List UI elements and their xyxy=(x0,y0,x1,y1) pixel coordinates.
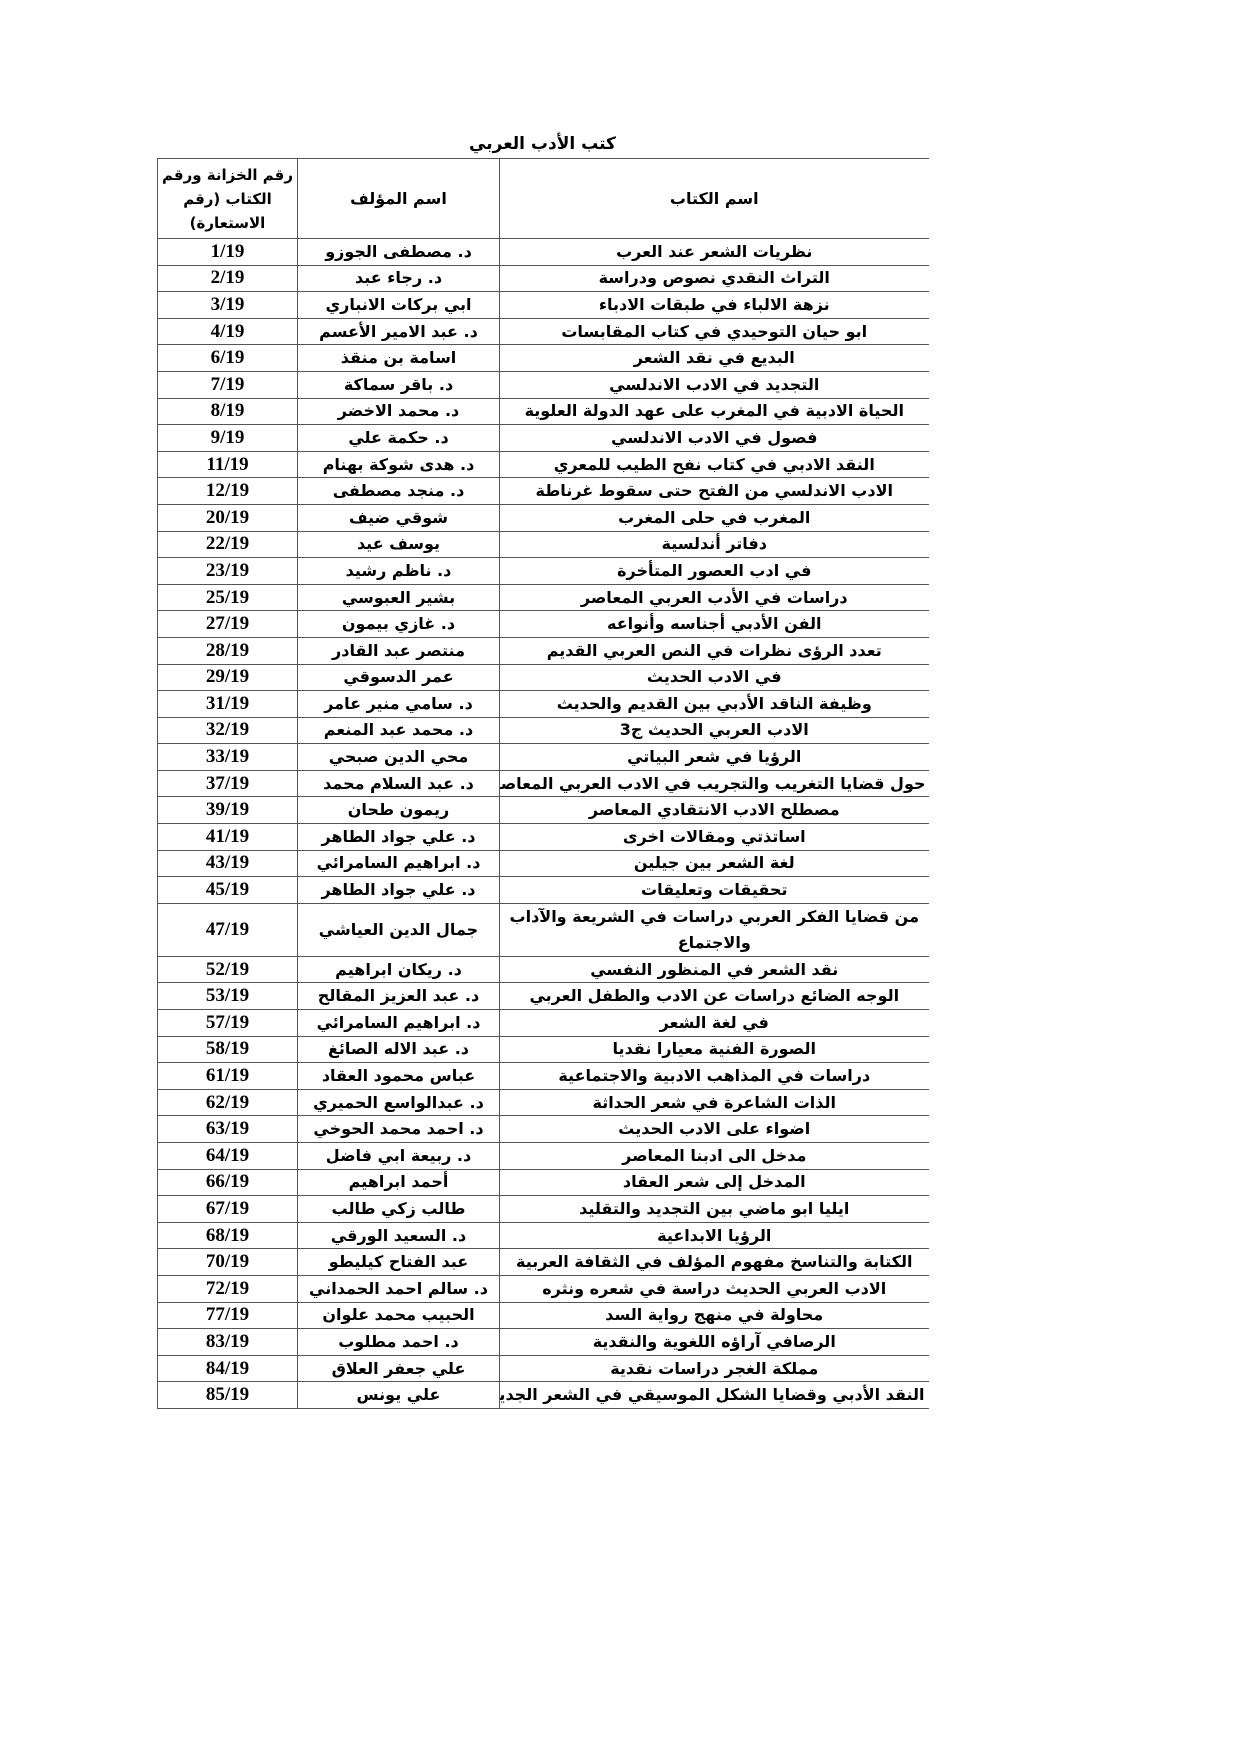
cell-title: اساتذتي ومقالات اخرى xyxy=(500,824,929,851)
table-row: 72/19د. سالم احمد الحمدانيالادب العربي ا… xyxy=(158,1275,929,1302)
cell-author: جمال الدين العياشي xyxy=(298,903,500,956)
cell-author: ابي بركات الانباري xyxy=(298,292,500,319)
cell-author: ريمون طحان xyxy=(298,797,500,824)
cell-number: 70/19 xyxy=(158,1249,298,1276)
cell-number: 84/19 xyxy=(158,1355,298,1382)
cell-author: د. سامي منير عامر xyxy=(298,691,500,718)
cell-number: 62/19 xyxy=(158,1089,298,1116)
table-row: 4/19د. عبد الامير الأعسمابو حيان التوحيد… xyxy=(158,318,929,345)
cell-author: أحمد ابراهيم xyxy=(298,1169,500,1196)
cell-author: د. عبدالواسع الحميري xyxy=(298,1089,500,1116)
table-row: 28/19منتصر عبد القادرتعدد الرؤى نظرات في… xyxy=(158,637,929,664)
table-row: 7/19د. باقر سماكةالتجديد في الادب الاندل… xyxy=(158,371,929,398)
cell-number: 63/19 xyxy=(158,1116,298,1143)
cell-number: 41/19 xyxy=(158,824,298,851)
cell-title: دراسات في الأدب العربي المعاصر xyxy=(500,584,929,611)
cell-title: الرؤيا في شعر البياتي xyxy=(500,744,929,771)
cell-title: التراث النقدي نصوص ودراسة xyxy=(500,265,929,292)
cell-title: نزهة الالباء في طبقات الادباء xyxy=(500,292,929,319)
cell-author: منتصر عبد القادر xyxy=(298,637,500,664)
table-row: 70/19عبد الفتاح كيليطوالكتابة والتناسخ م… xyxy=(158,1249,929,1276)
cell-author: د. علي جواد الطاهر xyxy=(298,824,500,851)
table-row: 63/19د. احمد محمد الحوخياضواء على الادب … xyxy=(158,1116,929,1143)
cell-title: حول قضايا التغريب والتجريب في الادب العر… xyxy=(500,770,929,797)
cell-author: اسامة بن منقذ xyxy=(298,345,500,372)
cell-title: من قضايا الفكر العربي دراسات في الشريعة … xyxy=(500,903,929,956)
cell-author: عبد الفتاح كيليطو xyxy=(298,1249,500,1276)
cell-author: علي يونس xyxy=(298,1382,500,1409)
cell-author: د. رجاء عبد xyxy=(298,265,500,292)
cell-author: د. غازي بيمون xyxy=(298,611,500,638)
cell-author: د. ابراهيم السامرائي xyxy=(298,850,500,877)
cell-author: د. ريكان ابراهيم xyxy=(298,956,500,983)
cell-title: وظيفة الناقد الأدبي بين القديم والحديث xyxy=(500,691,929,718)
cell-author: د. ناظم رشيد xyxy=(298,558,500,585)
cell-title: الادب العربي الحديث ج3 xyxy=(500,717,929,744)
table-row: 41/19د. علي جواد الطاهراساتذتي ومقالات ا… xyxy=(158,824,929,851)
cell-title: ايليا ابو ماضي بين التجديد والتقليد xyxy=(500,1196,929,1223)
cell-number: 77/19 xyxy=(158,1302,298,1329)
cell-title: الادب الاندلسي من الفتح حتى سقوط غرناطة xyxy=(500,478,929,505)
table-row: 84/19علي جعفر العلاقمملكة الغجر دراسات ن… xyxy=(158,1355,929,1382)
cell-title: لغة الشعر بين جيلين xyxy=(500,850,929,877)
cell-author: د. علي جواد الطاهر xyxy=(298,877,500,904)
table-row: 6/19اسامة بن منقذالبديع في نقد الشعر xyxy=(158,345,929,372)
cell-title: النقد الأدبي وقضايا الشكل الموسيقي في ال… xyxy=(500,1382,929,1409)
cell-title: الرؤيا الابداعية xyxy=(500,1222,929,1249)
table-row: 1/19د. مصطفى الجوزونظريات الشعر عند العر… xyxy=(158,239,929,266)
cell-author: د. عبد العزيز المقالح xyxy=(298,983,500,1010)
cell-author: عمر الدسوقي xyxy=(298,664,500,691)
table-row: 2/19د. رجاء عبدالتراث النقدي نصوص ودراسة xyxy=(158,265,929,292)
cell-number: 83/19 xyxy=(158,1329,298,1356)
cell-author: د. سالم احمد الحمداني xyxy=(298,1275,500,1302)
cell-number: 66/19 xyxy=(158,1169,298,1196)
cell-title: مصطلح الادب الانتقادي المعاصر xyxy=(500,797,929,824)
cell-title: الرصافي آراؤه اللغوية والنقدية xyxy=(500,1329,929,1356)
table-row: 37/19د. عبد السلام محمدحول قضايا التغريب… xyxy=(158,770,929,797)
table-row: 67/19طالب زكي طالبايليا ابو ماضي بين الت… xyxy=(158,1196,929,1223)
cell-number: 67/19 xyxy=(158,1196,298,1223)
cell-number: 33/19 xyxy=(158,744,298,771)
cell-number: 25/19 xyxy=(158,584,298,611)
cell-title: التجديد في الادب الاندلسي xyxy=(500,371,929,398)
cell-title: في لغة الشعر xyxy=(500,1010,929,1037)
cell-number: 43/19 xyxy=(158,850,298,877)
cell-number: 72/19 xyxy=(158,1275,298,1302)
cell-author: يوسف عيد xyxy=(298,531,500,558)
cell-title: البديع في نقد الشعر xyxy=(500,345,929,372)
table-row: 27/19د. غازي بيمونالفن الأدبي أجناسه وأن… xyxy=(158,611,929,638)
cell-title: دفاتر أندلسية xyxy=(500,531,929,558)
table-row: 25/19بشير العبوسيدراسات في الأدب العربي … xyxy=(158,584,929,611)
header-number: رقم الخزانة ورقم الكتاب (رقم الاستعارة) xyxy=(158,159,298,239)
cell-title: في ادب العصور المتأخرة xyxy=(500,558,929,585)
table-row: 83/19د. احمد مطلوبالرصافي آراؤه اللغوية … xyxy=(158,1329,929,1356)
cell-title: الادب العربي الحديث دراسة في شعره ونثره xyxy=(500,1275,929,1302)
cell-author: بشير العبوسي xyxy=(298,584,500,611)
table-row: 62/19د. عبدالواسع الحميريالذات الشاعرة ف… xyxy=(158,1089,929,1116)
cell-number: 22/19 xyxy=(158,531,298,558)
cell-number: 32/19 xyxy=(158,717,298,744)
cell-title: الوجه الضائع دراسات عن الادب والطفل العر… xyxy=(500,983,929,1010)
cell-title: في الادب الحديث xyxy=(500,664,929,691)
cell-number: 12/19 xyxy=(158,478,298,505)
cell-title: مدخل الى ادبنا المعاصر xyxy=(500,1143,929,1170)
table-row: 31/19د. سامي منير عامروظيفة الناقد الأدب… xyxy=(158,691,929,718)
table-body: 1/19د. مصطفى الجوزونظريات الشعر عند العر… xyxy=(158,239,929,1409)
cell-title: مملكة الغجر دراسات نقدية xyxy=(500,1355,929,1382)
cell-number: 64/19 xyxy=(158,1143,298,1170)
cell-number: 27/19 xyxy=(158,611,298,638)
table-row: 11/19د. هدى شوكة بهنامالنقد الادبي في كت… xyxy=(158,451,929,478)
cell-author: د. احمد مطلوب xyxy=(298,1329,500,1356)
cell-number: 85/19 xyxy=(158,1382,298,1409)
cell-author: د. ابراهيم السامرائي xyxy=(298,1010,500,1037)
cell-number: 39/19 xyxy=(158,797,298,824)
cell-title: نظريات الشعر عند العرب xyxy=(500,239,929,266)
cell-title: النقد الادبي في كتاب نفح الطيب للمعري xyxy=(500,451,929,478)
cell-author: الحبيب محمد علوان xyxy=(298,1302,500,1329)
cell-author: علي جعفر العلاق xyxy=(298,1355,500,1382)
books-table: رقم الخزانة ورقم الكتاب (رقم الاستعارة) … xyxy=(157,158,929,1409)
cell-number: 11/19 xyxy=(158,451,298,478)
table-row: 47/19جمال الدين العياشيمن قضايا الفكر ال… xyxy=(158,903,929,956)
table-row: 68/19د. السعيد الورقيالرؤيا الابداعية xyxy=(158,1222,929,1249)
table-row: 85/19علي يونسالنقد الأدبي وقضايا الشكل ا… xyxy=(158,1382,929,1409)
cell-author: طالب زكي طالب xyxy=(298,1196,500,1223)
cell-title: نقد الشعر في المنظور النفسي xyxy=(500,956,929,983)
cell-number: 20/19 xyxy=(158,504,298,531)
table-row: 39/19ريمون طحانمصطلح الادب الانتقادي الم… xyxy=(158,797,929,824)
table-row: 9/19د. حكمة عليفصول في الادب الاندلسي xyxy=(158,425,929,452)
cell-title: المغرب في حلى المغرب xyxy=(500,504,929,531)
cell-title: دراسات في المذاهب الادبية والاجتماعية xyxy=(500,1063,929,1090)
cell-title: الكتابة والتناسخ مفهوم المؤلف في الثقافة… xyxy=(500,1249,929,1276)
cell-title: الفن الأدبي أجناسه وأنواعه xyxy=(500,611,929,638)
cell-author: د. مصطفى الجوزو xyxy=(298,239,500,266)
table-row: 53/19د. عبد العزيز المقالحالوجه الضائع د… xyxy=(158,983,929,1010)
table-row: 43/19د. ابراهيم السامرائيلغة الشعر بين ج… xyxy=(158,850,929,877)
cell-number: 47/19 xyxy=(158,903,298,956)
cell-author: عباس محمود العقاد xyxy=(298,1063,500,1090)
table-row: 58/19د. عبد الاله الصائغالصورة الفنية مع… xyxy=(158,1036,929,1063)
cell-number: 9/19 xyxy=(158,425,298,452)
table-row: 29/19عمر الدسوقيفي الادب الحديث xyxy=(158,664,929,691)
cell-number: 28/19 xyxy=(158,637,298,664)
cell-number: 6/19 xyxy=(158,345,298,372)
cell-number: 8/19 xyxy=(158,398,298,425)
cell-title: محاولة في منهج رواية السد xyxy=(500,1302,929,1329)
cell-number: 3/19 xyxy=(158,292,298,319)
table-row: 12/19د. منجد مصطفىالادب الاندلسي من الفت… xyxy=(158,478,929,505)
header-title: اسم الكتاب xyxy=(500,159,929,239)
cell-title: المدخل إلى شعر العقاد xyxy=(500,1169,929,1196)
cell-number: 52/19 xyxy=(158,956,298,983)
cell-number: 53/19 xyxy=(158,983,298,1010)
table-row: 22/19يوسف عيددفاتر أندلسية xyxy=(158,531,929,558)
header-author: اسم المؤلف xyxy=(298,159,500,239)
table-row: 32/19د. محمد عبد المنعمالادب العربي الحد… xyxy=(158,717,929,744)
table-header-row: رقم الخزانة ورقم الكتاب (رقم الاستعارة) … xyxy=(158,159,929,239)
cell-author: د. محمد الاخضر xyxy=(298,398,500,425)
cell-title: تعدد الرؤى نظرات في النص العربي القديم xyxy=(500,637,929,664)
cell-title: الذات الشاعرة في شعر الحداثة xyxy=(500,1089,929,1116)
cell-author: د. باقر سماكة xyxy=(298,371,500,398)
cell-title: الصورة الفنية معيارا نقديا xyxy=(500,1036,929,1063)
cell-number: 29/19 xyxy=(158,664,298,691)
table-row: 64/19د. ربيعة ابي فاضلمدخل الى ادبنا الم… xyxy=(158,1143,929,1170)
cell-number: 61/19 xyxy=(158,1063,298,1090)
table-row: 33/19محي الدين صبحيالرؤيا في شعر البياتي xyxy=(158,744,929,771)
cell-author: د. السعيد الورقي xyxy=(298,1222,500,1249)
cell-author: د. عبد الامير الأعسم xyxy=(298,318,500,345)
cell-author: د. منجد مصطفى xyxy=(298,478,500,505)
cell-number: 2/19 xyxy=(158,265,298,292)
table-row: 57/19د. ابراهيم السامرائيفي لغة الشعر xyxy=(158,1010,929,1037)
cell-author: د. احمد محمد الحوخي xyxy=(298,1116,500,1143)
cell-author: د. حكمة علي xyxy=(298,425,500,452)
table-row: 23/19د. ناظم رشيدفي ادب العصور المتأخرة xyxy=(158,558,929,585)
table-row: 8/19د. محمد الاخضرالحياة الادبية في المغ… xyxy=(158,398,929,425)
table-row: 66/19أحمد ابراهيمالمدخل إلى شعر العقاد xyxy=(158,1169,929,1196)
table-row: 3/19ابي بركات الانبارينزهة الالباء في طب… xyxy=(158,292,929,319)
table-row: 77/19الحبيب محمد علوانمحاولة في منهج روا… xyxy=(158,1302,929,1329)
cell-author: د. عبد السلام محمد xyxy=(298,770,500,797)
cell-author: شوقي ضيف xyxy=(298,504,500,531)
cell-number: 58/19 xyxy=(158,1036,298,1063)
cell-author: د. عبد الاله الصائغ xyxy=(298,1036,500,1063)
cell-number: 4/19 xyxy=(158,318,298,345)
cell-number: 31/19 xyxy=(158,691,298,718)
cell-author: د. ربيعة ابي فاضل xyxy=(298,1143,500,1170)
cell-number: 45/19 xyxy=(158,877,298,904)
cell-author: محي الدين صبحي xyxy=(298,744,500,771)
page-title: كتب الأدب العربي xyxy=(157,132,928,156)
cell-number: 68/19 xyxy=(158,1222,298,1249)
cell-title: فصول في الادب الاندلسي xyxy=(500,425,929,452)
cell-number: 7/19 xyxy=(158,371,298,398)
cell-number: 23/19 xyxy=(158,558,298,585)
cell-number: 37/19 xyxy=(158,770,298,797)
table-row: 52/19د. ريكان ابراهيمنقد الشعر في المنظو… xyxy=(158,956,929,983)
table-row: 20/19شوقي ضيفالمغرب في حلى المغرب xyxy=(158,504,929,531)
cell-title: الحياة الادبية في المغرب على عهد الدولة … xyxy=(500,398,929,425)
cell-number: 1/19 xyxy=(158,239,298,266)
cell-title: اضواء على الادب الحديث xyxy=(500,1116,929,1143)
cell-title: ابو حيان التوحيدي في كتاب المقابسات xyxy=(500,318,929,345)
cell-author: د. محمد عبد المنعم xyxy=(298,717,500,744)
cell-author: د. هدى شوكة بهنام xyxy=(298,451,500,478)
cell-number: 57/19 xyxy=(158,1010,298,1037)
table-row: 61/19عباس محمود العقاددراسات في المذاهب … xyxy=(158,1063,929,1090)
table-row: 45/19د. علي جواد الطاهرتحقيقات وتعليقات xyxy=(158,877,929,904)
cell-title: تحقيقات وتعليقات xyxy=(500,877,929,904)
